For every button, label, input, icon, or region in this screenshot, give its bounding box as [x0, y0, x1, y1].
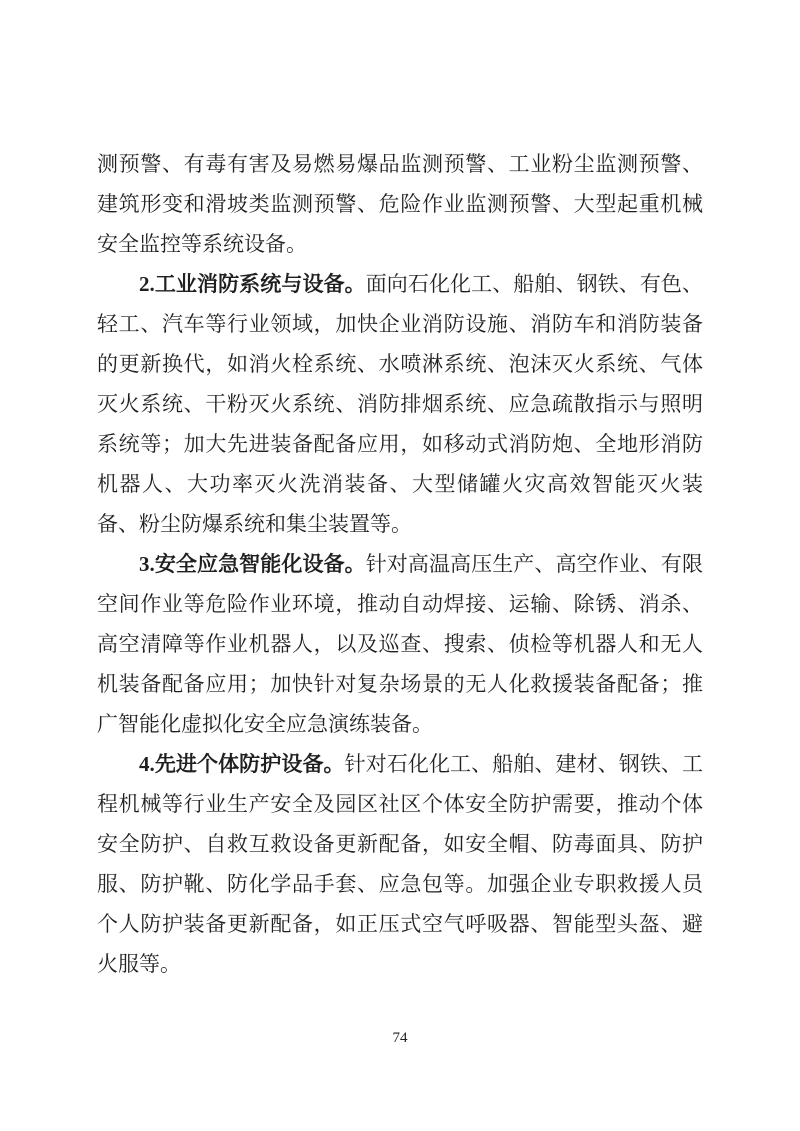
paragraph-text: 针对高温高压生产、高空作业、有限空间作业等危险作业环境，推动自动焊接、运输、除锈…	[97, 552, 703, 736]
paragraph-text: 针对石化化工、船舶、建材、钢铁、工程机械等行业生产安全及园区社区个体安全防护需要…	[97, 752, 703, 976]
paragraph-heading: 2.工业消防系统与设备。	[139, 272, 366, 296]
paragraph-heading: 4.先进个体防护设备。	[139, 752, 345, 776]
paragraph-text: 测预警、有毒有害及易燃易爆品监测预警、工业粉尘监测预警、建筑形变和滑坡类监测预警…	[97, 152, 703, 256]
paragraph-item-3: 3.安全应急智能化设备。针对高温高压生产、高空作业、有限空间作业等危险作业环境，…	[97, 544, 703, 744]
paragraph-item-2: 2.工业消防系统与设备。面向石化化工、船舶、钢铁、有色、轻工、汽车等行业领域，加…	[97, 264, 703, 544]
page-number: 74	[0, 1028, 800, 1048]
paragraph-item-4: 4.先进个体防护设备。针对石化化工、船舶、建材、钢铁、工程机械等行业生产安全及园…	[97, 744, 703, 984]
paragraph-continuation: 测预警、有毒有害及易燃易爆品监测预警、工业粉尘监测预警、建筑形变和滑坡类监测预警…	[97, 144, 703, 264]
paragraph-text: 面向石化化工、船舶、钢铁、有色、轻工、汽车等行业领域，加快企业消防设施、消防车和…	[97, 272, 703, 536]
document-page: 测预警、有毒有害及易燃易爆品监测预警、工业粉尘监测预警、建筑形变和滑坡类监测预警…	[0, 0, 800, 1131]
document-body: 测预警、有毒有害及易燃易爆品监测预警、工业粉尘监测预警、建筑形变和滑坡类监测预警…	[97, 144, 703, 984]
paragraph-heading: 3.安全应急智能化设备。	[139, 552, 366, 576]
